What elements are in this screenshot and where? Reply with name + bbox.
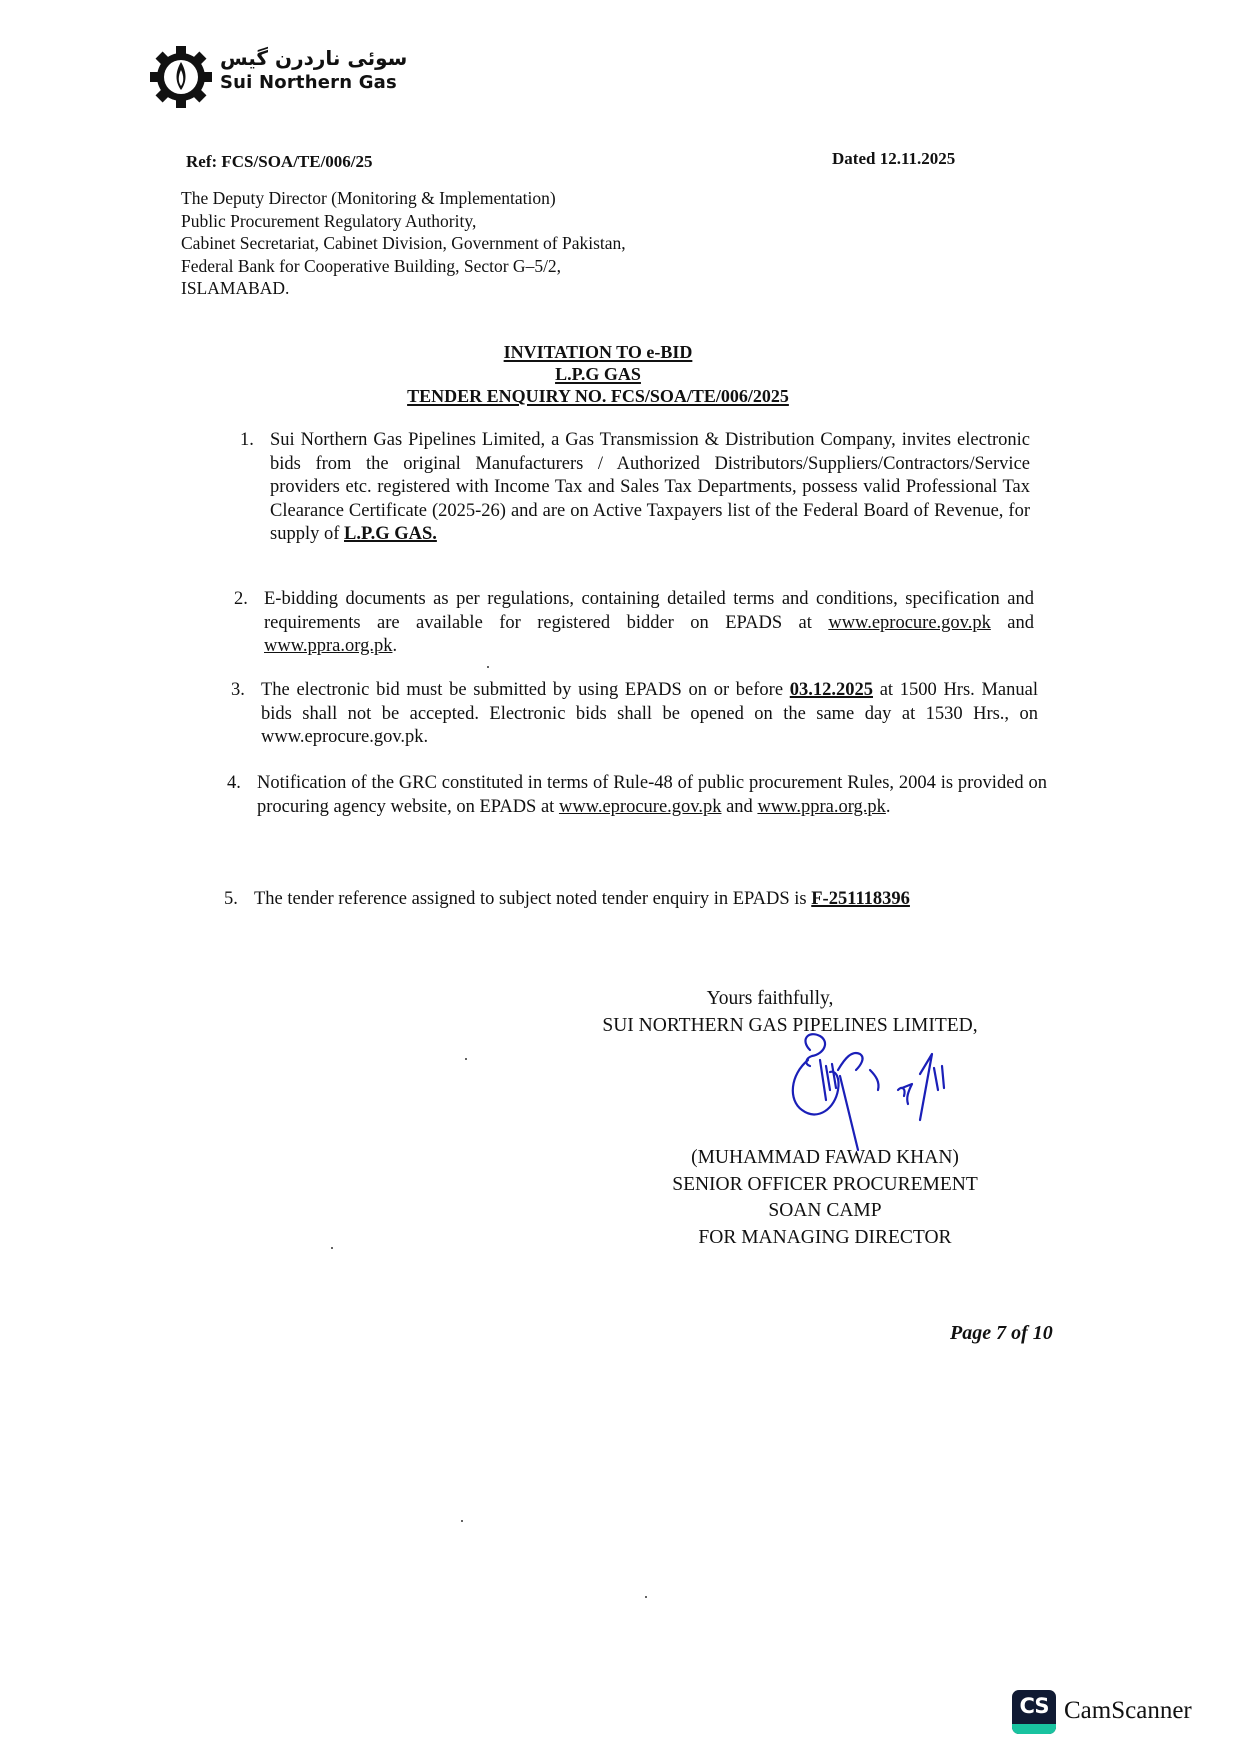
link-ppra[interactable]: www.ppra.org.pk [264,636,392,656]
page-number: Page 7 of 10 [950,1322,1053,1345]
handwritten-signature-icon [780,1030,1000,1160]
paragraph-number: 5. [224,888,238,912]
paragraph-4: 4. Notification of the GRC constituted i… [227,772,1057,847]
camscanner-label: CamScanner [1064,1697,1192,1725]
link-eprocure[interactable]: www.eprocure.gov.pk [559,797,722,817]
addressee-line: Public Procurement Regulatory Authority, [181,210,626,233]
addressee-line: Cabinet Secretariat, Cabinet Division, G… [181,232,626,255]
signer-block: (MUHAMMAD FAWAD KHAN) SENIOR OFFICER PRO… [640,1145,1010,1251]
scan-speck [331,1247,333,1249]
paragraph-5: 5. The tender reference assigned to subj… [224,888,1054,918]
camscanner-badge-text: CS [1012,1694,1056,1718]
scan-speck [461,1520,463,1522]
reference-number: Ref: FCS/SOA/TE/006/25 [186,152,373,172]
link-eprocure[interactable]: www.eprocure.gov.pk [828,613,991,633]
epads-tender-reference: F-251118396 [811,889,910,909]
signer-name: (MUHAMMAD FAWAD KHAN) [640,1145,1010,1172]
closing-salutation: Yours faithfully, [680,986,860,1012]
scan-speck [487,666,489,668]
title-invitation: INVITATION TO e-BID [0,341,1196,363]
product-emphasis: L.P.G GAS. [344,524,437,544]
paragraph-body: Sui Northern Gas Pipelines Limited, a Ga… [270,429,1030,547]
camscanner-badge-band [1012,1724,1056,1734]
title-product: L.P.G GAS [0,363,1196,385]
paragraph-1: 1. Sui Northern Gas Pipelines Limited, a… [240,429,1040,569]
paragraph-text: and [991,613,1034,633]
paragraph-body: E-bidding documents as per regulations, … [264,588,1034,659]
company-name-urdu: سوئی ناردرن گیس [220,46,407,70]
signer-title: SENIOR OFFICER PROCUREMENT [640,1172,1010,1199]
addressee-line: ISLAMABAD. [181,277,626,300]
company-name-en: Sui Northern Gas [220,72,397,93]
paragraph-number: 4. [227,772,241,796]
letter-date: Dated 12.11.2025 [832,149,955,169]
submission-deadline: 03.12.2025 [790,680,873,700]
paragraph-2: 2. E-bidding documents as per regulation… [234,588,1034,663]
paragraph-number: 1. [240,429,254,453]
paragraph-text: and [721,797,757,817]
paragraph-text: The electronic bid must be submitted by … [261,680,790,700]
paragraph-number: 3. [231,679,245,703]
company-logo: سوئی ناردرن گیس Sui Northern Gas [148,44,408,108]
signer-on-behalf: FOR MANAGING DIRECTOR [640,1225,1010,1252]
paragraph-3: 3. The electronic bid must be submitted … [231,679,1041,754]
document-title-block: INVITATION TO e-BID L.P.G GAS TENDER ENQ… [0,341,1196,407]
paragraph-body: Notification of the GRC constituted in t… [257,772,1047,819]
addressee-line: The Deputy Director (Monitoring & Implem… [181,187,626,210]
paragraph-number: 2. [234,588,248,612]
scan-speck [465,1058,467,1060]
paragraph-text: . [886,797,891,817]
gear-flame-logo-icon [148,44,214,110]
addressee-block: The Deputy Director (Monitoring & Implem… [181,187,626,300]
title-tender-enquiry: TENDER ENQUIRY NO. FCS/SOA/TE/006/2025 [0,385,1196,407]
paragraph-body: The tender reference assigned to subject… [254,888,1054,912]
paragraph-body: The electronic bid must be submitted by … [261,679,1038,750]
link-ppra[interactable]: www.ppra.org.pk [757,797,885,817]
addressee-line: Federal Bank for Cooperative Building, S… [181,255,626,278]
scan-speck [645,1596,647,1598]
paragraph-text: The tender reference assigned to subject… [254,889,811,909]
paragraph-text: . [392,636,397,656]
signer-location: SOAN CAMP [640,1198,1010,1225]
camscanner-logo-icon: CS [1012,1690,1056,1734]
